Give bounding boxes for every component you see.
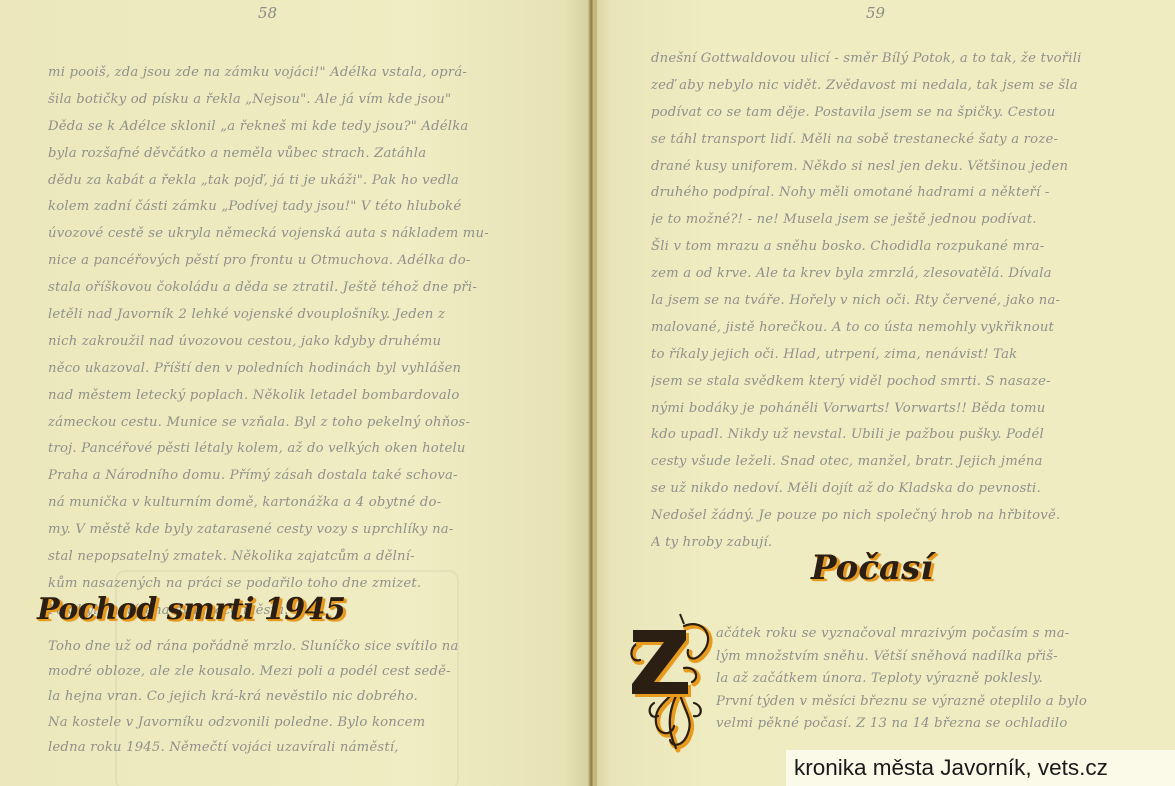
text-line: la až začátkem února. Teploty výrazně po…: [716, 668, 1136, 691]
text-line: Toho dne už od rána pořádně mrzlo. Sluní…: [48, 634, 526, 659]
drop-cap-z-icon: [624, 608, 716, 758]
text-line: ledna roku 1945. Němečtí vojáci uzavíral…: [48, 735, 526, 760]
text-line: zem a od krve. Ale ta krev byla zmrzlá, …: [651, 261, 1137, 288]
text-line: úvozové cestě se ukryla německá vojenská…: [48, 221, 526, 248]
text-line: byla rozšafné děvčátko a neměla vůbec st…: [48, 141, 526, 168]
text-line: cesty všude leželi. Snad otec, manžel, b…: [651, 449, 1137, 476]
text-line: Praha a Národního domu. Přímý zásah dost…: [48, 463, 526, 490]
right-page: 59 dnešní Gottwaldovou ulicí - směr Bílý…: [594, 0, 1175, 786]
text-line: nými bodáky je poháněli Vorwarts! Vorwar…: [651, 396, 1137, 423]
text-line: nad městem letecký poplach. Několik leta…: [48, 383, 526, 410]
text-line: se táhl transport lidí. Měli na sobě tre…: [651, 127, 1137, 154]
source-credit-label: kronika města Javorník, vets.cz: [786, 750, 1175, 786]
page-number: 59: [866, 4, 885, 22]
text-line: šila botičky od písku a řekla „Nejsou". …: [48, 87, 526, 114]
text-line: la jsem se na tváře. Hořely v nich oči. …: [651, 288, 1137, 315]
text-line: modré obloze, ale zle kousalo. Mezi poli…: [48, 659, 526, 684]
page-number: 58: [258, 4, 277, 22]
text-line: ačátek roku se vyznačoval mrazivým počas…: [716, 623, 1136, 646]
text-line: se už nikdo nedoví. Měli dojít až do Kla…: [651, 476, 1137, 503]
text-line: zámeckou cestu. Munice se vzňala. Byl z …: [48, 410, 526, 437]
text-line: kdo upadl. Nikdy už nevstal. Ubili je pa…: [651, 422, 1137, 449]
text-line: Šli v tom mrazu a sněhu bosko. Chodidla …: [651, 234, 1137, 261]
text-line: něco ukazoval. Příští den v poledních ho…: [48, 356, 526, 383]
handwritten-paragraph: ačátek roku se vyznačoval mrazivým počas…: [716, 623, 1136, 736]
ornamental-drop-cap: [624, 608, 716, 758]
text-line: to říkaly jejich oči. Hlad, utrpení, zim…: [651, 342, 1137, 369]
text-line: ná munička v kulturním domě, kartonážka …: [48, 490, 526, 517]
text-line: velmi pěkné počasí. Z 13 na 14 března se…: [716, 713, 1136, 736]
text-line: drané kusy uniforem. Někdo si nesl jen d…: [651, 154, 1137, 181]
section-heading: Počasí: [811, 548, 933, 588]
text-line: troj. Pancéřové pěsti létaly kolem, až d…: [48, 436, 526, 463]
section-heading: Pochod smrti 1945: [37, 592, 345, 627]
text-line: Na kostele v Javorníku odzvonili poledne…: [48, 710, 526, 735]
text-line: letěli nad Javorník 2 lehké vojenské dvo…: [48, 302, 526, 329]
text-line: nich zakroužil nad úvozovou cestou, jako…: [48, 329, 526, 356]
handwritten-paragraph: Toho dne už od rána pořádně mrzlo. Sluní…: [48, 634, 526, 760]
text-line: la hejna vran. Co jejich krá-krá nevěsti…: [48, 684, 526, 709]
text-line: nice a pancéřových pěstí pro frontu u Ot…: [48, 248, 526, 275]
text-line: zeď aby nebylo nic vidět. Zvědavost mi n…: [651, 73, 1137, 100]
text-line: mi pooiš, zda jsou zde na zámku vojáci!"…: [48, 60, 526, 87]
text-line: my. V městě kde byly zatarasené cesty vo…: [48, 517, 526, 544]
text-line: Děda se k Adélce sklonil „a řekneš mi kd…: [48, 114, 526, 141]
text-line: stal nepopsatelný zmatek. Několika zajat…: [48, 544, 526, 571]
text-line: lým množstvím sněhu. Větší sněhová nadíl…: [716, 646, 1136, 669]
text-line: dědu za kabát a řekla „tak pojď, já ti j…: [48, 168, 526, 195]
text-line: dnešní Gottwaldovou ulicí - směr Bílý Po…: [651, 46, 1137, 73]
text-line: podívat co se tam děje. Postavila jsem s…: [651, 100, 1137, 127]
text-line: jsem se stala svědkem který viděl pochod…: [651, 369, 1137, 396]
text-line: První týden v měsíci březnu se výrazně o…: [716, 691, 1136, 714]
left-page: 58 mi pooiš, zda jsou zde na zámku vojác…: [0, 0, 588, 786]
text-line: stala oříškovou čokoládu a děda se ztrat…: [48, 275, 526, 302]
text-line: malované, jistě horečkou. A to co ústa n…: [651, 315, 1137, 342]
book-spread: 58 mi pooiš, zda jsou zde na zámku vojác…: [0, 0, 1175, 786]
handwritten-paragraph: mi pooiš, zda jsou zde na zámku vojáci!"…: [48, 60, 526, 625]
handwritten-paragraph: dnešní Gottwaldovou ulicí - směr Bílý Po…: [651, 46, 1137, 557]
text-line: je to možné?! - ne! Musela jsem se ještě…: [651, 207, 1137, 234]
text-line: kolem zadní části zámku „Podívej tady js…: [48, 194, 526, 221]
text-line: druhého podpíral. Nohy měli omotané hadr…: [651, 180, 1137, 207]
faint-background-text: [789, 505, 989, 545]
